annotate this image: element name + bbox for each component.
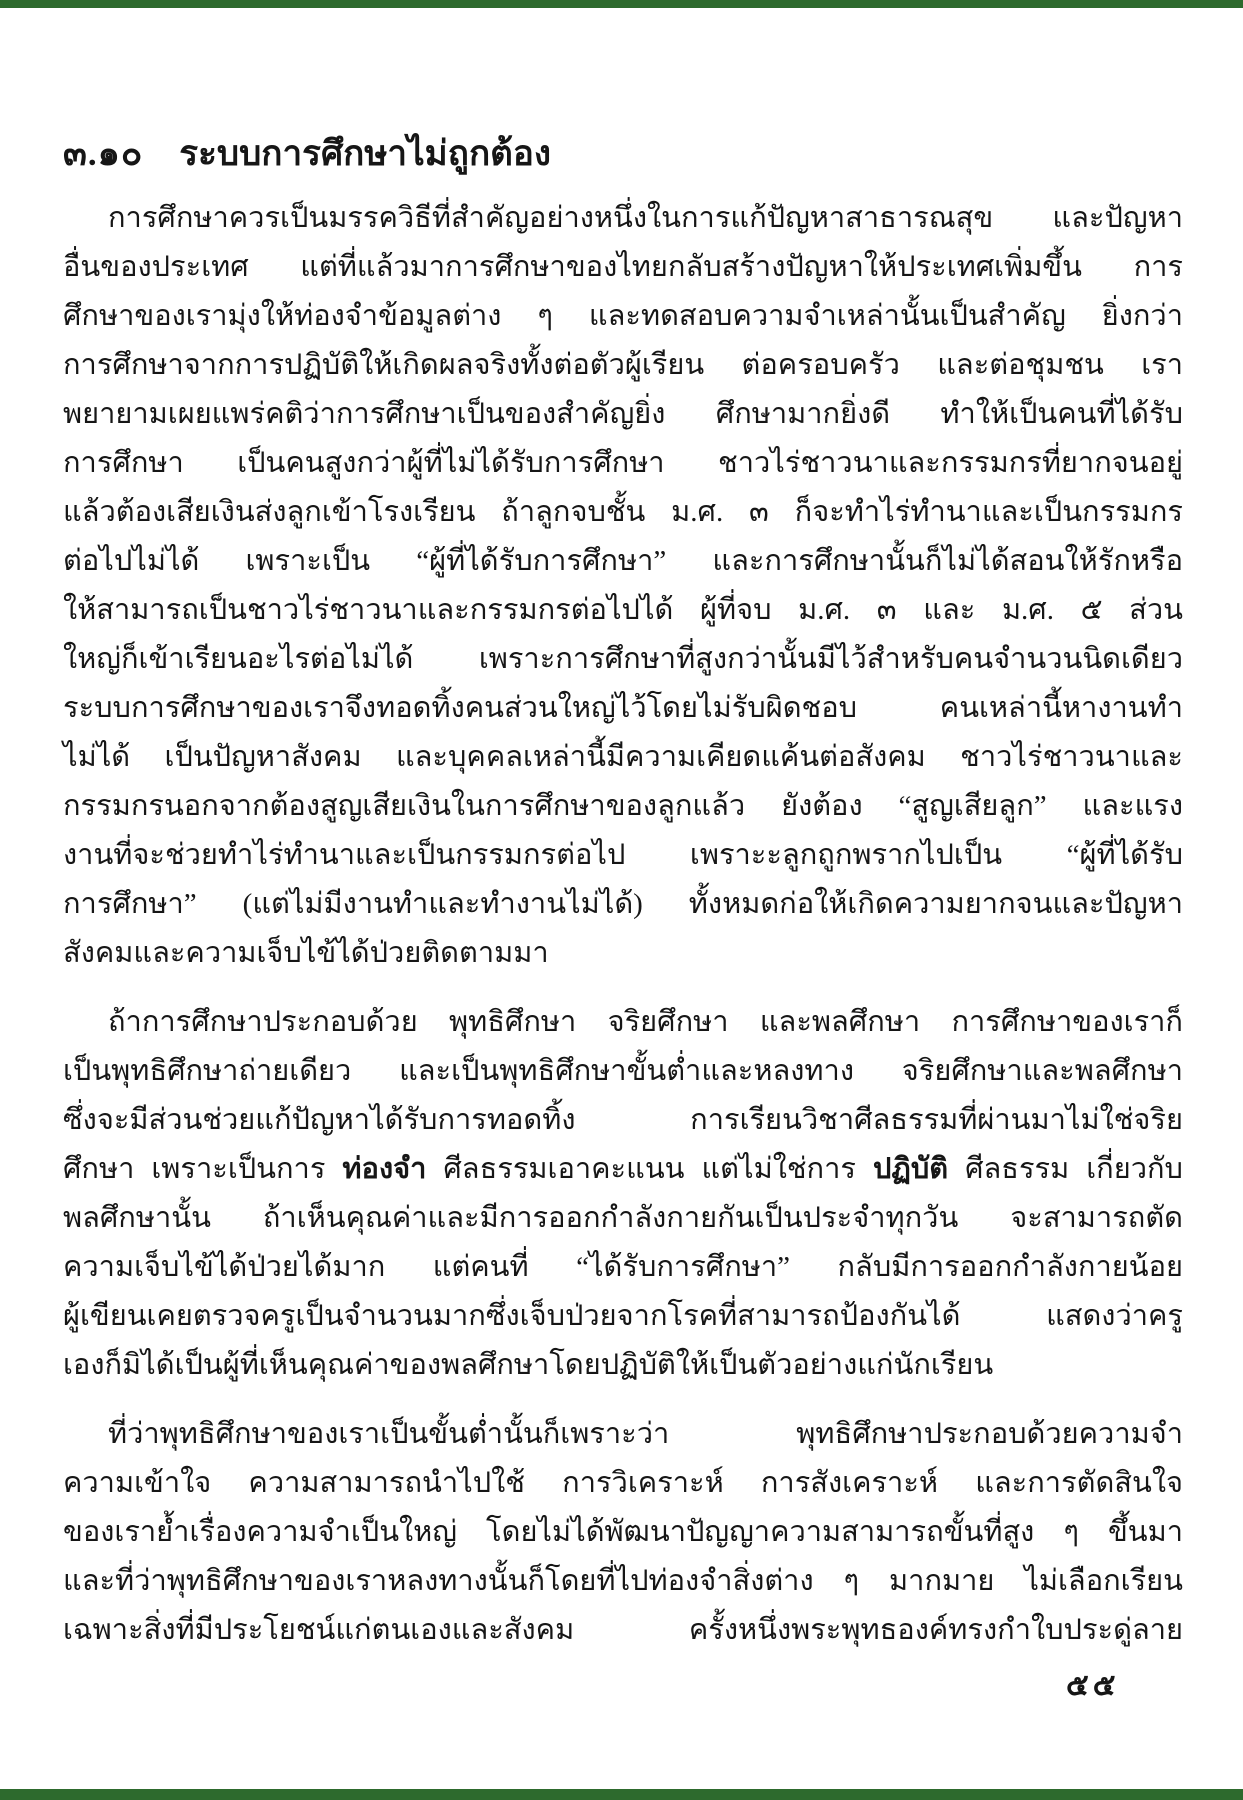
body-text: การศึกษา เป็นคนสูงกว่าผู้ที่ไม่ได้รับการ…: [63, 447, 1183, 479]
text-line: ศึกษาของเรามุ่งให้ท่องจำข้อมูลต่าง ๆ และ…: [63, 292, 1183, 341]
paragraph: การศึกษาควรเป็นมรรควิธีที่สำคัญอย่างหนึ่…: [63, 194, 1183, 978]
body-text: และที่ว่าพุทธิศึกษาของเราหลงทางนั้นก็โดย…: [63, 1565, 1183, 1597]
text-line: ระบบการศึกษาของเราจึงทอดทิ้งคนส่วนใหญ่ไว…: [63, 684, 1183, 733]
body-text: ต่อไปไม่ได้ เพราะเป็น “ผู้ที่ได้รับการศึ…: [63, 545, 1183, 577]
body-text: ระบบการศึกษาของเราจึงทอดทิ้งคนส่วนใหญ่ไว…: [63, 692, 1183, 724]
text-line: ความเข้าใจ ความสามารถนำไปใช้ การวิเคราะห…: [63, 1459, 1183, 1508]
text-line: ใหญ่ก็เข้าเรียนอะไรต่อไม่ได้ เพราะการศึก…: [63, 635, 1183, 684]
body-text: การศึกษา” (แต่ไม่มีงานทำและทำงานไม่ได้) …: [63, 888, 1183, 920]
section-heading: ๓.๑๐ระบบการศึกษาไม่ถูกต้อง: [63, 128, 1183, 180]
text-line: แล้วต้องเสียเงินส่งลูกเข้าโรงเรียน ถ้าลู…: [63, 488, 1183, 537]
text-line: เฉพาะสิ่งที่มีประโยชน์แก่ตนเองและสังคม ค…: [63, 1606, 1183, 1655]
text-line: ของเราย้ำเรื่องความจำเป็นใหญ่ โดยไม่ได้พ…: [63, 1508, 1183, 1557]
text-line: งานที่จะช่วยทำไร่ทำนาและเป็นกรรมกรต่อไป …: [63, 831, 1183, 880]
text-line: การศึกษา” (แต่ไม่มีงานทำและทำงานไม่ได้) …: [63, 880, 1183, 929]
text-line: อื่นของประเทศ แต่ที่แล้วมาการศึกษาของไทย…: [63, 243, 1183, 292]
body-text: เฉพาะสิ่งที่มีประโยชน์แก่ตนเองและสังคม ค…: [63, 1614, 1183, 1646]
text-line: ไม่ได้ เป็นปัญหาสังคม และบุคคลเหล่านี้มี…: [63, 733, 1183, 782]
text-line: ต่อไปไม่ได้ เพราะเป็น “ผู้ที่ได้รับการศึ…: [63, 537, 1183, 586]
bottom-edge-band: [0, 1789, 1243, 1800]
page-number: ๕๕: [1066, 1662, 1119, 1709]
emphasized-text: ปฏิบัติ: [873, 1153, 948, 1185]
body-text: ถ้าการศึกษาประกอบด้วย พุทธิศึกษา จริยศึก…: [108, 1006, 1183, 1038]
body-text: พลศึกษานั้น ถ้าเห็นคุณค่าและมีการออกกำลั…: [63, 1202, 1183, 1234]
body-text: ศีลธรรม เกี่ยวกับ: [948, 1153, 1183, 1185]
text-line: ที่ว่าพุทธิศึกษาของเราเป็นขั้นต่ำนั้นก็เ…: [63, 1410, 1183, 1459]
paragraph: ถ้าการศึกษาประกอบด้วย พุทธิศึกษา จริยศึก…: [63, 998, 1183, 1390]
body-text: พยายามเผยแพร่คติว่าการศึกษาเป็นของสำคัญย…: [63, 398, 1183, 430]
body-text: ศึกษาของเรามุ่งให้ท่องจำข้อมูลต่าง ๆ และ…: [63, 300, 1183, 332]
text-line: สังคมและความเจ็บไข้ได้ป่วยติดตามมา: [63, 929, 1183, 978]
body-text: ความเจ็บไข้ได้ป่วยได้มาก แต่คนที่ “ได้รั…: [63, 1251, 1183, 1283]
body-text: ไม่ได้ เป็นปัญหาสังคม และบุคคลเหล่านี้มี…: [63, 741, 1183, 773]
body-text: การศึกษาจากการปฏิบัติให้เกิดผลจริงทั้งต่…: [63, 349, 1183, 381]
text-line: พลศึกษานั้น ถ้าเห็นคุณค่าและมีการออกกำลั…: [63, 1194, 1183, 1243]
body-text: เองก็มิได้เป็นผู้ที่เห็นคุณค่าของพลศึกษา…: [63, 1349, 993, 1381]
text-line: ความเจ็บไข้ได้ป่วยได้มาก แต่คนที่ “ได้รั…: [63, 1243, 1183, 1292]
body-text: ของเราย้ำเรื่องความจำเป็นใหญ่ โดยไม่ได้พ…: [63, 1516, 1183, 1548]
body-text: ความเข้าใจ ความสามารถนำไปใช้ การวิเคราะห…: [63, 1467, 1183, 1499]
body-text: ผู้เขียนเคยตรวจครูเป็นจำนวนมากซึ่งเจ็บป่…: [63, 1300, 1183, 1332]
paragraph: ที่ว่าพุทธิศึกษาของเราเป็นขั้นต่ำนั้นก็เ…: [63, 1410, 1183, 1655]
text-line: การศึกษา เป็นคนสูงกว่าผู้ที่ไม่ได้รับการ…: [63, 439, 1183, 488]
body-text: แล้วต้องเสียเงินส่งลูกเข้าโรงเรียน ถ้าลู…: [63, 496, 1183, 528]
body-text: งานที่จะช่วยทำไร่ทำนาและเป็นกรรมกรต่อไป …: [63, 839, 1183, 871]
body-text: อื่นของประเทศ แต่ที่แล้วมาการศึกษาของไทย…: [63, 251, 1183, 283]
body-text: ศีลธรรมเอาคะแนน แต่ไม่ใช่การ: [426, 1153, 873, 1185]
text-line: การศึกษาควรเป็นมรรควิธีที่สำคัญอย่างหนึ่…: [63, 194, 1183, 243]
text-line: ให้สามารถเป็นชาวไร่ชาวนาและกรรมกรต่อไปได…: [63, 586, 1183, 635]
body-text: ที่ว่าพุทธิศึกษาของเราเป็นขั้นต่ำนั้นก็เ…: [108, 1418, 1183, 1450]
text-line: ถ้าการศึกษาประกอบด้วย พุทธิศึกษา จริยศึก…: [63, 998, 1183, 1047]
text-line: และที่ว่าพุทธิศึกษาของเราหลงทางนั้นก็โดย…: [63, 1557, 1183, 1606]
section-number: ๓.๑๐: [63, 134, 143, 173]
text-line: เองก็มิได้เป็นผู้ที่เห็นคุณค่าของพลศึกษา…: [63, 1341, 1183, 1390]
text-line: เป็นพุทธิศึกษาถ่ายเดียว และเป็นพุทธิศึกษ…: [63, 1047, 1183, 1096]
text-line: การศึกษาจากการปฏิบัติให้เกิดผลจริงทั้งต่…: [63, 341, 1183, 390]
text-line: ซึ่งจะมีส่วนช่วยแก้ปัญหาได้รับการทอดทิ้ง…: [63, 1096, 1183, 1145]
body-text: ซึ่งจะมีส่วนช่วยแก้ปัญหาได้รับการทอดทิ้ง…: [63, 1104, 1183, 1136]
page-content: ๓.๑๐ระบบการศึกษาไม่ถูกต้อง การศึกษาควรเป…: [63, 0, 1183, 1675]
text-line: ผู้เขียนเคยตรวจครูเป็นจำนวนมากซึ่งเจ็บป่…: [63, 1292, 1183, 1341]
text-line: พยายามเผยแพร่คติว่าการศึกษาเป็นของสำคัญย…: [63, 390, 1183, 439]
paragraphs: การศึกษาควรเป็นมรรควิธีที่สำคัญอย่างหนึ่…: [63, 194, 1183, 1655]
body-text: ศึกษา เพราะเป็นการ: [63, 1153, 342, 1185]
scanned-book-page: ๓.๑๐ระบบการศึกษาไม่ถูกต้อง การศึกษาควรเป…: [0, 0, 1243, 1800]
text-line: ศึกษา เพราะเป็นการ ท่องจำ ศีลธรรมเอาคะแน…: [63, 1145, 1183, 1194]
body-text: การศึกษาควรเป็นมรรควิธีที่สำคัญอย่างหนึ่…: [108, 202, 1183, 234]
body-text: สังคมและความเจ็บไข้ได้ป่วยติดตามมา: [63, 937, 549, 969]
body-text: ใหญ่ก็เข้าเรียนอะไรต่อไม่ได้ เพราะการศึก…: [63, 643, 1183, 675]
body-text: กรรมกรนอกจากต้องสูญเสียเงินในการศึกษาของ…: [63, 790, 1183, 822]
emphasized-text: ท่องจำ: [342, 1153, 426, 1185]
text-line: กรรมกรนอกจากต้องสูญเสียเงินในการศึกษาของ…: [63, 782, 1183, 831]
section-title: ระบบการศึกษาไม่ถูกต้อง: [179, 134, 551, 173]
body-text: ให้สามารถเป็นชาวไร่ชาวนาและกรรมกรต่อไปได…: [63, 594, 1183, 626]
body-text: เป็นพุทธิศึกษาถ่ายเดียว และเป็นพุทธิศึกษ…: [63, 1055, 1183, 1087]
